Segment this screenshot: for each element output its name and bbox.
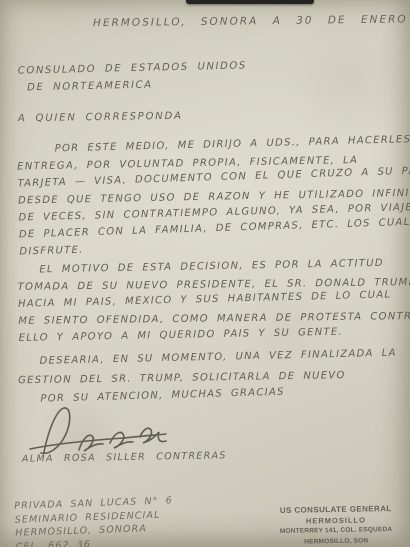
scan-edge-artifact — [186, 0, 314, 4]
body-paragraph-3: DESEARIA, EN SU MOMENTO, UNA VEZ FINALIZ… — [17, 344, 397, 410]
consulate-receipt-stamp: US CONSULATE GENERAL HERMOSILLO MONTERRE… — [266, 504, 407, 547]
printed-signature-name: ALMA ROSA SILLER CONTRERAS — [22, 450, 227, 465]
body-paragraph-2: EL MOTIVO DE ESTA DECISION, ES POR LA AC… — [17, 254, 410, 347]
scanned-letter-page: HERMOSILLO, SONORA A 30 DE ENERO DE 2 CO… — [0, 0, 410, 547]
body-paragraph-1: POR ESTE MEDIO, ME DIRIJO A UDS., PARA H… — [17, 131, 410, 261]
recipient-address-block: CONSULADO DE ESTADOS UNIDOS DE NORTEAMER… — [18, 57, 248, 96]
letter-dateline: HERMOSILLO, SONORA A 30 DE ENERO DE 2 — [93, 13, 410, 30]
salutation: A QUIEN CORRESPONDA — [18, 111, 183, 125]
sender-address-block: PRIVADA SAN LUCAS N° 6 SEMINARIO RESIDEN… — [14, 494, 174, 547]
